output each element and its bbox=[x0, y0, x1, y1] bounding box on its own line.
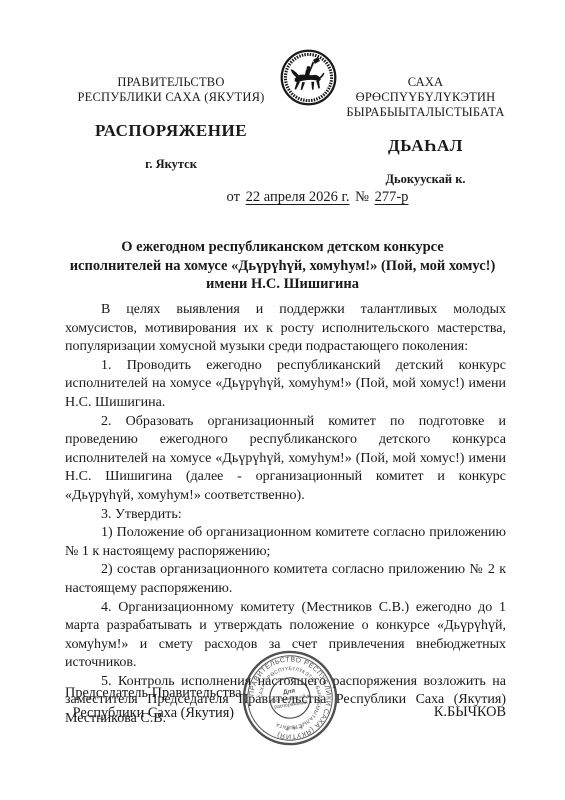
title-line: исполнителей на хомусе «Дьүрүһүй, хомуһу… bbox=[38, 257, 527, 276]
date-prefix: от bbox=[227, 189, 240, 205]
paragraph-preamble: В целях выявления и поддержки талантливы… bbox=[65, 301, 506, 357]
org-name-russian: ПРАВИТЕЛЬСТВО РЕСПУБЛИКИ САХА (ЯКУТИЯ) bbox=[62, 75, 280, 105]
sakha-coat-of-arms-icon bbox=[280, 49, 337, 106]
signer-position-line: Председатель Правительства bbox=[65, 684, 242, 704]
number-value: 277-р bbox=[375, 189, 409, 205]
org-name-line: ПРАВИТЕЛЬСТВО bbox=[62, 75, 280, 90]
org-name-yakut: САХА ӨРӨСПҮҮБҮЛҮКЭТИН БЫРАБЫЫТАЛЫСТЫБАТА bbox=[338, 75, 513, 120]
paragraph-subitem-1: 1) Положение об организационном комитете… bbox=[65, 524, 506, 561]
signer-name: К.БЫЧКОВ bbox=[434, 703, 506, 723]
paragraph-item-2: 2. Образовать организационный комитет по… bbox=[65, 413, 506, 506]
document-title: О ежегодном республиканском детском конк… bbox=[38, 238, 527, 294]
org-name-line: САХА ӨРӨСПҮҮБҮЛҮКЭТИН bbox=[338, 75, 513, 105]
title-line: О ежегодном республиканском детском конк… bbox=[38, 238, 527, 257]
paragraph-item-1: 1. Проводить ежегодно республиканский де… bbox=[65, 357, 506, 413]
number-sign: № bbox=[355, 189, 369, 205]
emblem-svg bbox=[280, 49, 337, 106]
paragraph-item-3: 3. Утвердить: bbox=[65, 506, 506, 525]
doc-type-yakut: ДЬАҺАЛ bbox=[338, 136, 513, 156]
date-value: 22 апреля 2026 г. bbox=[246, 189, 350, 205]
title-line: имени Н.С. Шишигина bbox=[38, 275, 527, 294]
signer-position: Председатель Правительства Республики Са… bbox=[65, 684, 242, 723]
paragraph-subitem-2: 2) состав организационного комитета согл… bbox=[65, 561, 506, 598]
org-name-line: БЫРАБЫЫТАЛЫСТЫБАТА bbox=[338, 105, 513, 120]
doc-type-russian: РАСПОРЯЖЕНИЕ bbox=[62, 121, 280, 141]
issuer-block-russian: ПРАВИТЕЛЬСТВО РЕСПУБЛИКИ САХА (ЯКУТИЯ) Р… bbox=[62, 75, 280, 172]
signer-position-line: Республики Саха (Якутия) bbox=[65, 704, 242, 724]
document-page: ПРАВИТЕЛЬСТВО РЕСПУБЛИКИ САХА (ЯКУТИЯ) Р… bbox=[0, 0, 565, 800]
official-stamp: ПРАВИТЕЛЬСТВО РЕСПУБЛИКИ САХА (ЯКУТИЯ) С… bbox=[236, 644, 344, 752]
stamp-svg: ПРАВИТЕЛЬСТВО РЕСПУБЛИКИ САХА (ЯКУТИЯ) С… bbox=[236, 644, 344, 752]
place-russian: г. Якутск bbox=[62, 157, 280, 172]
place-yakut: Дьокуускай к. bbox=[338, 172, 513, 187]
date-number-line: от 22 апреля 2026 г. № 277-р bbox=[70, 189, 565, 206]
issuer-block-yakut: САХА ӨРӨСПҮҮБҮЛҮКЭТИН БЫРАБЫЫТАЛЫСТЫБАТА… bbox=[338, 75, 513, 187]
org-name-line: РЕСПУБЛИКИ САХА (ЯКУТИЯ) bbox=[62, 90, 280, 105]
stamp-center-line: Для bbox=[283, 687, 296, 696]
